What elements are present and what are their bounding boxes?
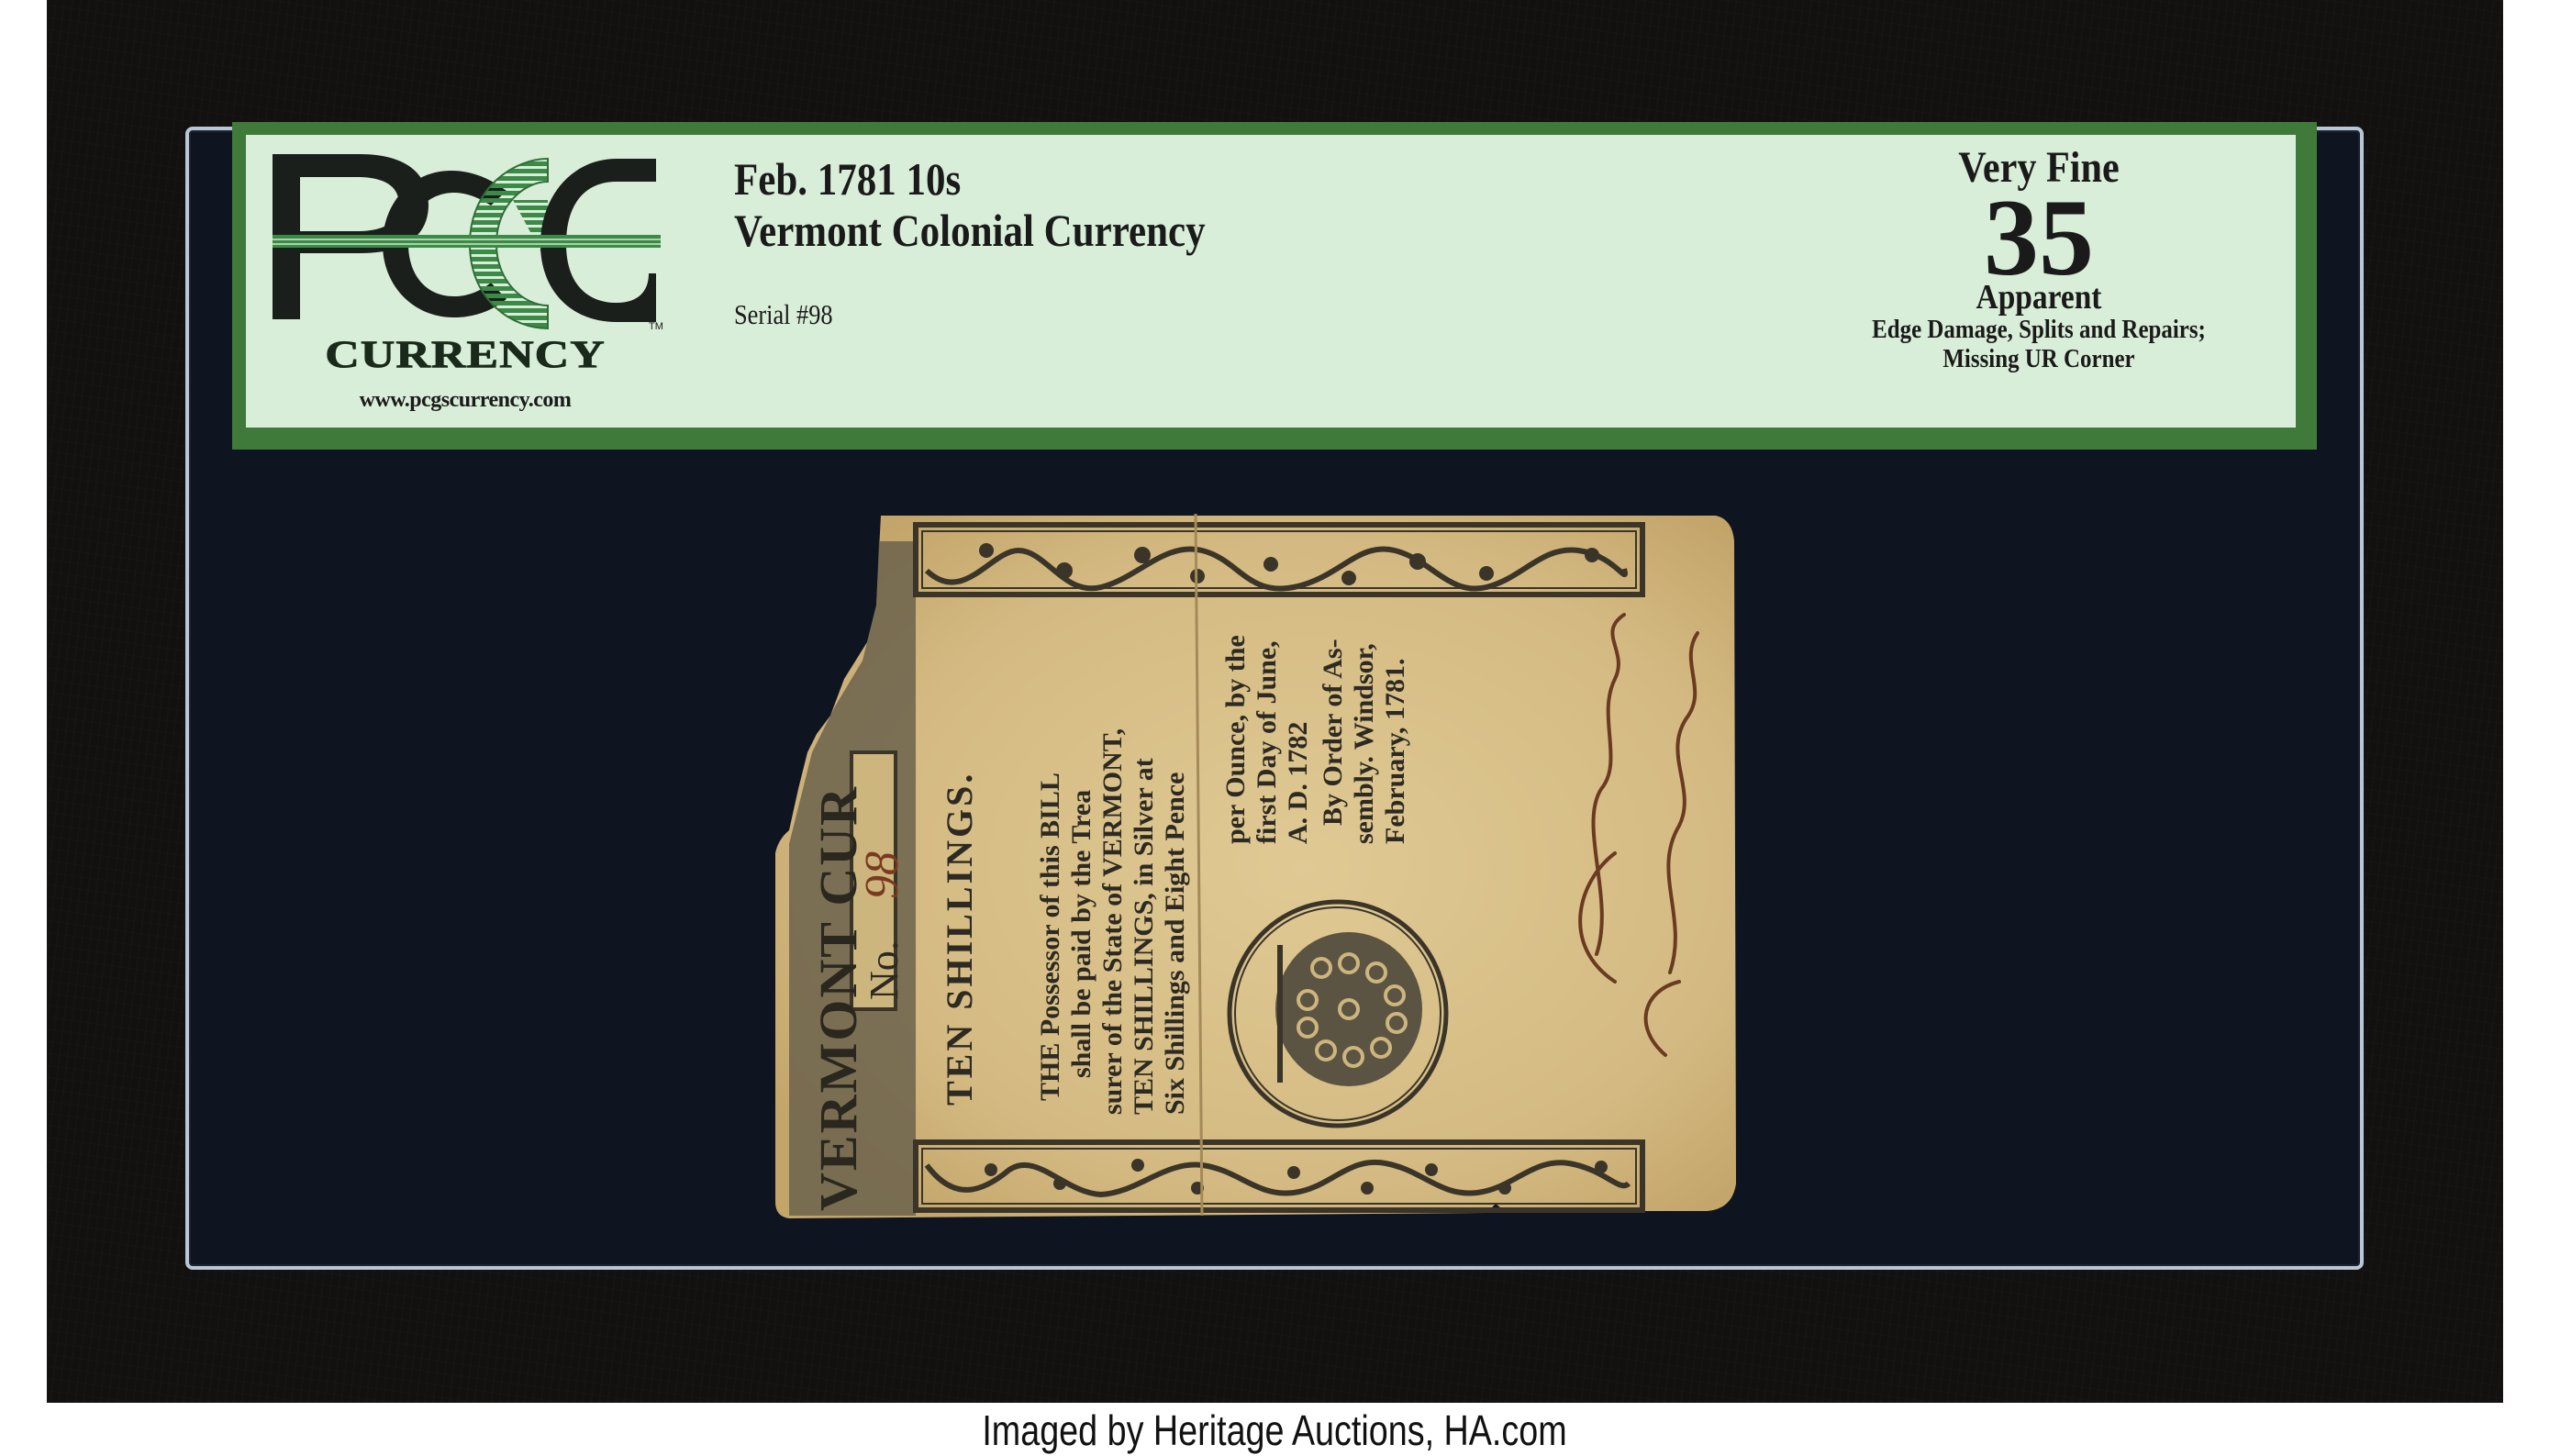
grade-comment-1: Edge Damage, Splits and Repairs;: [1833, 315, 2243, 344]
serial-number: Serial #98: [734, 298, 1200, 331]
grade-qualifier: Apparent: [1829, 280, 2249, 315]
logo-url: www.pcgscurrency.com: [273, 388, 658, 413]
note-series: Vermont Colonial Currency: [734, 205, 1206, 256]
image-credit-caption: Imaged by Heritage Auctions, HA.com: [229, 1406, 2320, 1456]
grade-name: Very Fine: [1829, 144, 2249, 192]
grade-comment-2: Missing UR Corner: [1833, 344, 2243, 373]
note-description: Feb. 1781 10s Vermont Colonial Currency …: [734, 153, 1282, 331]
label-panel: TM CURRENCY www.pcgscurrency.com Feb. 17…: [246, 135, 2296, 428]
note-title: Feb. 1781 10s: [734, 153, 1206, 205]
grade-number: 35: [1800, 195, 2277, 280]
trademark-mark: TM: [649, 321, 663, 332]
logo-currency-word: CURRENCY: [273, 333, 658, 377]
pcgs-logo-icon: [273, 154, 667, 338]
pcgs-currency-logo: TM CURRENCY www.pcgscurrency.com: [273, 154, 667, 416]
pcgs-label: TM CURRENCY www.pcgscurrency.com Feb. 17…: [232, 122, 2317, 450]
grade-block: Very Fine 35 Apparent Edge Damage, Split…: [1800, 144, 2277, 373]
